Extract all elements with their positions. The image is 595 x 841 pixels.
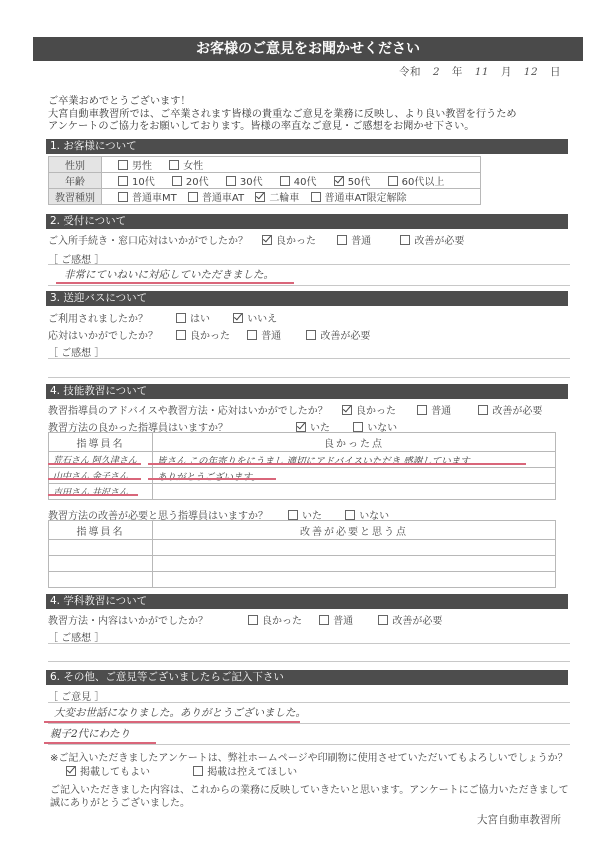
checkbox-icon xyxy=(169,160,179,170)
customer-info-table: 性別 男性 女性 年齢 10代 20代 30代 40代 50代 60代以上 教習… xyxy=(48,156,481,205)
checkbox-age-10s[interactable]: 10代 xyxy=(118,173,155,188)
checkbox-icon xyxy=(478,405,488,415)
instructor-name-cell[interactable]: 吉田さん 井沢さん xyxy=(49,484,153,500)
option-label: 女性 xyxy=(183,161,203,172)
comment-label: ［ ご感想 ］ xyxy=(48,344,104,359)
divider xyxy=(48,264,570,265)
highlight-underline xyxy=(48,463,141,465)
day-label: 日 xyxy=(550,66,561,78)
checkbox-icon xyxy=(188,192,198,202)
option-label: 20代 xyxy=(186,177,209,188)
table-header-row: 指導員名 改善が必要と思う点 xyxy=(49,521,556,540)
option-label: 50代 xyxy=(348,177,371,188)
checkbox-motorcycle[interactable]: 二輪車 xyxy=(255,189,299,204)
option-label: 男性 xyxy=(132,161,152,172)
divider xyxy=(48,702,570,703)
month-value: 11 xyxy=(475,66,489,78)
checkbox-icon xyxy=(378,615,388,625)
highlight-underline xyxy=(56,282,294,284)
checkbox-icon xyxy=(417,405,427,415)
checked-checkbox-icon xyxy=(233,313,243,323)
organization-name: 大宮自動車教習所 xyxy=(477,812,561,827)
checkbox-average[interactable]: 普通 xyxy=(247,327,281,342)
bus-service-question: 応対はいかがでしたか？ xyxy=(48,327,158,342)
option-label: 改善が必要 xyxy=(320,331,370,342)
classroom-question: 教習方法・内容はいかがでしたか？ xyxy=(48,612,208,627)
checkbox-age-50s[interactable]: 50代 xyxy=(334,173,371,188)
table-header-row: 指導員名 良かった点 xyxy=(49,433,556,452)
checkbox-good[interactable]: 良かった xyxy=(262,232,316,247)
option-label: 改善が必要 xyxy=(414,236,464,247)
improvement-points-cell[interactable] xyxy=(153,540,556,556)
improvement-points-cell[interactable] xyxy=(153,556,556,572)
course-type-options: 普通車MT 普通車AT 二輪車 普通車AT限定解除 xyxy=(102,189,481,205)
checkbox-icon xyxy=(118,192,128,202)
checkbox-icon xyxy=(311,192,321,202)
checkbox-male[interactable]: 男性 xyxy=(118,157,152,172)
checkbox-icon xyxy=(172,176,182,186)
checkbox-icon xyxy=(118,176,128,186)
age-options: 10代 20代 30代 40代 50代 60代以上 xyxy=(102,173,481,189)
checkbox-icon xyxy=(226,176,236,186)
option-label: 40代 xyxy=(294,177,317,188)
checkbox-average[interactable]: 普通 xyxy=(319,612,353,627)
row-label: 教習種別 xyxy=(49,189,102,205)
table-row: 教習種別 普通車MT 普通車AT 二輪車 普通車AT限定解除 xyxy=(49,189,481,205)
checkbox-average[interactable]: 普通 xyxy=(337,232,371,247)
checked-checkbox-icon xyxy=(296,422,306,432)
reception-comment[interactable]: 非常にていねいに対応していただきました。 xyxy=(64,267,274,282)
divider xyxy=(48,285,570,286)
checkbox-needs-improvement[interactable]: 改善が必要 xyxy=(478,402,542,417)
checked-checkbox-icon xyxy=(334,176,344,186)
intro-line: ご卒業おめでとうございます！ xyxy=(48,96,578,109)
checked-checkbox-icon xyxy=(66,766,76,776)
checkbox-good[interactable]: 良かった xyxy=(342,402,396,417)
option-label: 10代 xyxy=(132,177,155,188)
table-row xyxy=(49,556,556,572)
checkbox-automatic-car[interactable]: 普通車AT xyxy=(188,189,244,204)
checkbox-manual-car[interactable]: 普通車MT xyxy=(118,189,177,204)
checkbox-icon xyxy=(319,615,329,625)
era-label: 令和 xyxy=(399,66,421,78)
option-label: いいえ xyxy=(247,314,277,325)
checkbox-good[interactable]: 良かった xyxy=(176,327,230,342)
month-label: 月 xyxy=(501,66,512,78)
highlight-underline xyxy=(148,478,276,480)
option-label: はい xyxy=(190,314,210,325)
intro-text: ご卒業おめでとうございます！ 大宮自動車教習所では、ご卒業されます皆様の貴重なご… xyxy=(48,96,578,134)
checkbox-icon xyxy=(388,176,398,186)
table-row: 年齢 10代 20代 30代 40代 50代 60代以上 xyxy=(49,173,481,189)
bus-service-options: 良かった 普通 改善が必要 xyxy=(176,327,384,342)
checked-checkbox-icon xyxy=(262,235,272,245)
checkbox-icon xyxy=(400,235,410,245)
bus-used-options: はい いいえ xyxy=(176,310,291,325)
option-label: 良かった xyxy=(276,236,316,247)
row-label: 性別 xyxy=(49,157,102,173)
year-value: 2 xyxy=(433,66,440,78)
checkbox-icon xyxy=(176,330,186,340)
table-row: 山中さん 金子さん ありがとうございます。 xyxy=(49,468,556,484)
day-value: 12 xyxy=(524,66,538,78)
checkbox-yes[interactable]: はい xyxy=(176,310,210,325)
checkbox-age-30s[interactable]: 30代 xyxy=(226,173,263,188)
checkbox-icon xyxy=(193,766,203,776)
good-points-cell[interactable] xyxy=(153,484,556,500)
table-row: 吉田さん 井沢さん xyxy=(49,484,556,500)
checkbox-icon xyxy=(280,176,290,186)
good-instructors-table: 指導員名 良かった点 荒石さん 阿久津さん 皆さん この年寄りをにうまし 適切に… xyxy=(48,432,556,500)
checkbox-needs-improvement[interactable]: 改善が必要 xyxy=(306,327,370,342)
checkbox-icon xyxy=(248,615,258,625)
option-label: 普通車AT限定解除 xyxy=(325,193,407,204)
highlight-underline xyxy=(48,494,138,496)
checkbox-good[interactable]: 良かった xyxy=(248,612,302,627)
divider xyxy=(48,661,570,662)
section-header-shuttle-bus: 3. 送迎バスについて xyxy=(46,291,568,306)
checkbox-female[interactable]: 女性 xyxy=(169,157,203,172)
option-label: 掲載してもよい xyxy=(80,767,150,778)
checkbox-at-limit-removal[interactable]: 普通車AT限定解除 xyxy=(311,189,407,204)
instructor-name-cell[interactable] xyxy=(49,540,153,556)
divider xyxy=(48,377,570,378)
divider xyxy=(48,358,570,359)
checkbox-age-60s-plus[interactable]: 60代以上 xyxy=(388,173,445,188)
divider xyxy=(48,643,570,644)
option-label: 普通 xyxy=(261,331,281,342)
table-row xyxy=(49,572,556,588)
option-label: 良かった xyxy=(190,331,230,342)
gender-options: 男性 女性 xyxy=(102,157,481,173)
option-label: 30代 xyxy=(240,177,263,188)
option-label: 掲載は控えてほしい xyxy=(207,767,297,778)
checkbox-average[interactable]: 普通 xyxy=(417,402,451,417)
improve-instructors-table: 指導員名 改善が必要と思う点 xyxy=(48,520,556,588)
checkbox-icon xyxy=(306,330,316,340)
option-label: 普通 xyxy=(431,406,451,417)
date-field[interactable]: 令和 2 年 11 月 12 日 xyxy=(399,64,561,79)
checked-checkbox-icon xyxy=(255,192,265,202)
checked-checkbox-icon xyxy=(342,405,352,415)
other-comment-line[interactable]: 大変お世話になりました。ありがとうございました。 xyxy=(54,705,306,720)
option-label: 良かった xyxy=(262,616,302,627)
highlight-underline xyxy=(148,463,526,465)
column-header-instructor: 指導員名 xyxy=(49,521,153,540)
comment-label: ［ ご意見 ］ xyxy=(48,688,104,703)
checkbox-icon xyxy=(118,160,128,170)
instructor-name-cell[interactable] xyxy=(49,572,153,588)
reception-options: 良かった 普通 改善が必要 xyxy=(262,232,478,247)
table-row xyxy=(49,540,556,556)
checkbox-icon xyxy=(353,422,363,432)
option-label: 普通車MT xyxy=(132,193,177,204)
option-label: 二輪車 xyxy=(269,193,299,204)
section-header-classroom-lessons: 4. 学科教習について xyxy=(46,594,568,609)
column-header-instructor: 指導員名 xyxy=(49,433,153,452)
good-points-cell[interactable]: 皆さん この年寄りをにうまし 適切にアドバイスいただき 感謝しています xyxy=(153,452,556,468)
option-label: 60代以上 xyxy=(402,177,445,188)
checkbox-icon xyxy=(345,510,355,520)
checkbox-icon xyxy=(176,313,186,323)
closing-message: ご記入いただきました内容は、これからの業務に反映していきたいと思います。アンケー… xyxy=(50,784,569,810)
option-label: 改善が必要 xyxy=(492,406,542,417)
option-label: 普通 xyxy=(333,616,353,627)
instructor-name-cell[interactable]: 荒石さん 阿久津さん xyxy=(49,452,153,468)
row-label: 年齢 xyxy=(49,173,102,189)
checkbox-needs-improvement[interactable]: 改善が必要 xyxy=(378,612,442,627)
section-header-other-comments: 6. その他、ご意見等ございましたらご記入下さい xyxy=(46,670,568,685)
table-row: 性別 男性 女性 xyxy=(49,157,481,173)
checkbox-icon xyxy=(247,330,257,340)
good-points-cell[interactable]: ありがとうございます。 xyxy=(153,468,556,484)
option-label: 普通 xyxy=(351,236,371,247)
option-label: 良かった xyxy=(356,406,396,417)
checkbox-icon xyxy=(288,510,298,520)
option-label: 改善が必要 xyxy=(392,616,442,627)
checkbox-publish-decline[interactable]: 掲載は控えてほしい xyxy=(193,763,297,778)
column-header-good-points: 良かった点 xyxy=(153,433,556,452)
divider xyxy=(48,723,570,724)
publish-question: ※ご記入いただきましたアンケートは、弊社ホームページや印刷物に使用させていただい… xyxy=(50,749,568,764)
checkbox-age-20s[interactable]: 20代 xyxy=(172,173,209,188)
year-label: 年 xyxy=(452,66,463,78)
checkbox-age-40s[interactable]: 40代 xyxy=(280,173,317,188)
intro-line: 大宮自動車教習所では、ご卒業されます皆様の貴重なご意見を業務に反映し、より良い教… xyxy=(48,109,578,122)
improvement-points-cell[interactable] xyxy=(153,572,556,588)
instructor-quality-options: 良かった 普通 改善が必要 xyxy=(342,402,556,417)
comment-label: ［ ご感想 ］ xyxy=(48,629,104,644)
checkbox-publish-ok[interactable]: 掲載してもよい xyxy=(66,763,150,778)
table-row: 荒石さん 阿久津さん 皆さん この年寄りをにうまし 適切にアドバイスいただき 感… xyxy=(49,452,556,468)
section-header-customer: 1. お客様について xyxy=(46,139,568,154)
publish-options: 掲載してもよい 掲載は控えてほしい xyxy=(66,763,311,778)
intro-line: アンケートのご協力をお願いしております。皆様の率直なご意見・ご感想をお聞かせ下さ… xyxy=(48,121,578,134)
checkbox-needs-improvement[interactable]: 改善が必要 xyxy=(400,232,464,247)
option-label: 普通車AT xyxy=(202,193,244,204)
section-header-reception: 2. 受付について xyxy=(46,214,568,229)
instructor-name-cell[interactable] xyxy=(49,556,153,572)
instructor-quality-question: 教習指導員のアドバイスや教習方法・応対はいかがでしたか？ xyxy=(48,402,328,417)
reception-question: ご入所手続き・窓口応対はいかがでしたか？ xyxy=(48,232,248,247)
section-header-practical-lessons: 4. 技能教習について xyxy=(46,384,568,399)
divider xyxy=(48,744,570,745)
checkbox-no[interactable]: いいえ xyxy=(233,310,277,325)
column-header-improvement-points: 改善が必要と思う点 xyxy=(153,521,556,540)
instructor-name-cell[interactable]: 山中さん 金子さん xyxy=(49,468,153,484)
classroom-options: 良かった 普通 改善が必要 xyxy=(248,612,456,627)
form-title: お客様のご意見をお聞かせください xyxy=(33,37,583,61)
closing-line: 誠にありがとうございました。 xyxy=(50,797,569,810)
highlight-underline xyxy=(48,478,141,480)
bus-used-question: ご利用されましたか？ xyxy=(48,310,148,325)
checkbox-icon xyxy=(337,235,347,245)
closing-line: ご記入いただきました内容は、これからの業務に反映していきたいと思います。アンケー… xyxy=(50,784,569,797)
other-comment-line[interactable]: 親子2代にわたり xyxy=(50,726,130,741)
